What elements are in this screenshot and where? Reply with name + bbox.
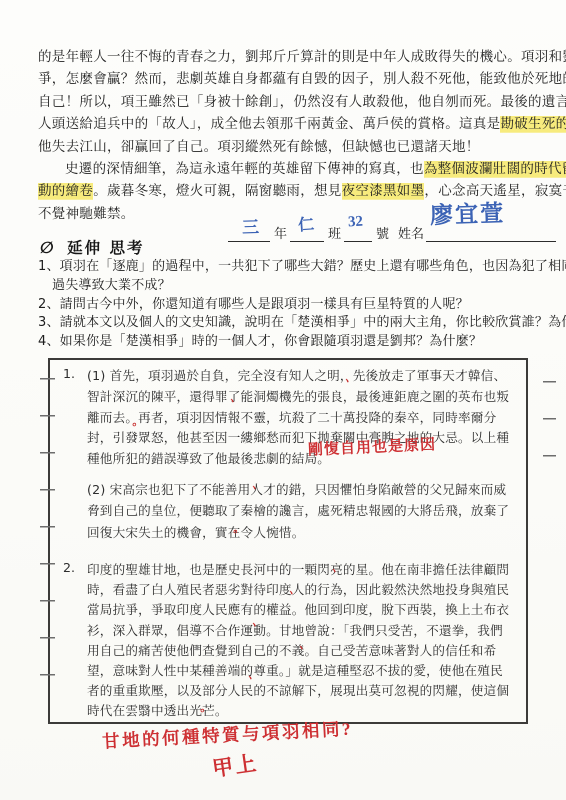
right-margin-ticks [543,381,556,461]
answer-box: 1. (1) 首先，項羽過於自負，完全沒有知人之明，先後放走了軍事天才韓信、 智… [48,358,528,724]
answer-line: 望，意味對人性中某種善端的尊重。」就是這種堅忍不拔的愛，使他在殖民 [87,661,557,681]
answer-line: 時，看盡了白人殖民者惡劣對待印度人的行為，因此毅然決然地投身與殖民 [87,580,557,600]
text-run: 他失去江山，卻贏回了自己。項羽縱然死有餘憾，但缺憾也已還諸天地！ [38,139,480,155]
highlighted-text: 勘破生死的瀟灑 [500,116,566,132]
question-3: 3、請就本文以及個人的文史知識，說明在「楚漢相爭」中的兩大主角，你比較欣賞誰？為… [38,314,566,333]
handwritten-class: 仁 [297,211,315,235]
text-run: 人頭送給追兵中的「故人」，成全他去領那千兩黃金、萬戶侯的賞格。這真是 [38,116,500,132]
answer-line: 脅到自己的皇位，便聽取了秦檜的讒言，處死精忠報國的大將岳飛，放棄了 [87,500,557,521]
handwritten-year: 三 [242,213,260,239]
text-run: 史遷的深情細筆，為這永遠年輕的英雄留下傳神的寫真，也 [65,161,424,177]
name-label: 姓名 [398,223,424,242]
pen-nib-icon: ∅ [39,238,57,257]
handwritten-number: 32 [348,214,364,232]
article-line: 他失去江山，卻贏回了自己。項羽縱然死有餘憾，但缺憾也已還諸天地！ [38,136,566,158]
class-label: 班 [328,223,341,242]
answer-line: 用自己的痛苦使他們查覺到自己的不義。自己受苦意味著對人的信任和希 [87,641,557,661]
answer-line: 離而去。再者，項羽因情報不靈，坑殺了二十萬投降的秦卒，同時率爾分 [87,408,557,429]
answer-2: 2. 印度的聖雄甘地，也是歷史長河中的一顆閃亮的星。他在南非擔任法律顧問 時，看… [87,560,557,722]
answer-line: 回復大宋失土的機會，實在令人惋惜。 [87,522,557,543]
answer-line: 當局抗爭，爭取印度人民應有的權益。他回到印度，脫下西裝，換上土布衣 [87,600,557,620]
article-line: 人頭送給追兵中的「故人」，成全他去領那千兩黃金、萬戶侯的賞格。這真是勘破生死的瀟… [38,113,566,135]
highlighted-text: 為整個波瀾壯闊的時代留下生 [424,161,566,177]
highlighted-text: 夜空漆黑如墨 [342,183,425,199]
question-2: 2、請問古今中外，你還知道有哪些人是跟項羽一樣具有巨星特質的人呢？ [38,296,566,315]
teacher-grade-mark: 甲上 [210,747,260,783]
text-run: 。歲暮冬寒，燈火可親，隔窗聽雨，想見 [93,183,341,199]
number-label: 號 [376,223,389,242]
question-1-line-1: 1、項羽在「逐鹿」的過程中，一共犯下了哪些大錯？歷史上還有哪些角色，也因為犯了相… [38,258,566,277]
answer-1-part-2: (2) 宋高宗也犯下了不能善用人才的錯，只因懼怕身陷敵營的父兄歸來而威 脅到自己… [87,479,557,543]
left-margin-ticks [40,378,55,708]
article-line: 的是年輕人一往不悔的青春之力，劉邦斤斤算計的則是中年人成敗得失的機心。項羽和劉邦… [38,46,566,68]
question-list: 1、項羽在「逐鹿」的過程中，一共犯下了哪些大錯？歷史上還有哪些角色，也因為犯了相… [38,258,566,352]
answer-line: (2) 宋高宗也犯下了不能善用人才的錯，只因懼怕身陷敵營的父兄歸來而威 [87,479,557,500]
article-line: 爭，怎麼會贏？然而，悲劇英雄自身都蘊有自毀的因子，別人殺不死他，能致他於死地的只… [38,68,566,90]
handwritten-name: 廖宜萱 [429,195,505,231]
answer-number: 2. [63,560,75,575]
question-1-line-2: 過失導致大業不成？ [38,277,566,296]
answer-line: 衫，深入群眾，倡導不合作運動。甘地曾說：「我們只受苦，不還拳，我們 [87,621,557,641]
question-4: 4、如果你是「楚漢相爭」時的一個人才，你會跟隨項羽還是劉邦？為什麼？ [38,333,566,352]
year-label: 年 [274,223,287,242]
section-header: ∅ 延伸 思考 [40,236,145,258]
text-run: 自己！所以，項王雖然已「身被十餘創」，仍然沒有人敢殺他，他自刎而死。最後的遺言是… [38,94,566,110]
text-run: 的是年輕人一往不悔的青春之力，劉邦斤斤算計的則是中年人成敗得失的機心。項羽和劉邦… [38,49,566,65]
text-run: 爭，怎麼會贏？然而，悲劇英雄自身都蘊有自毀的因子，別人殺不死他，能致他於死地的只… [38,71,566,87]
scanned-worksheet-page: 的是年輕人一往不悔的青春之力，劉邦斤斤算計的則是中年人成敗得失的機心。項羽和劉邦… [0,0,566,800]
answer-line: (1) 首先，項羽過於自負，完全沒有知人之明，先後放走了軍事天才韓信、 [87,366,557,387]
student-info-row: 年 班 號 姓名 三 仁 32 廖宜萱 [228,212,558,244]
article-line: 自己！所以，項王雖然已「身被十餘創」，仍然沒有人敢殺他，他自刎而死。最後的遺言是… [38,91,566,113]
highlighted-text: 動的繪卷 [38,183,93,199]
answer-number: 1. [63,366,75,381]
answer-line: 智計深沉的陳平，還得罪了能洞燭機先的張良，最後連鉅鹿之圍的英布也叛 [87,387,557,408]
answer-line: 者的重重欺壓，以及部分人民的不諒解下，展現出莫可忽視的閃耀，使這個 [87,681,557,701]
answer-line: 印度的聖雄甘地，也是歷史長河中的一顆閃亮的星。他在南非擔任法律顧問 [87,560,557,580]
section-title: 延伸 思考 [67,239,144,257]
text-run: 不覺神馳難禁。 [38,206,135,222]
article-line: 史遷的深情細筆，為這永遠年輕的英雄留下傳神的寫真，也為整個波瀾壯闊的時代留下生 [38,158,566,180]
